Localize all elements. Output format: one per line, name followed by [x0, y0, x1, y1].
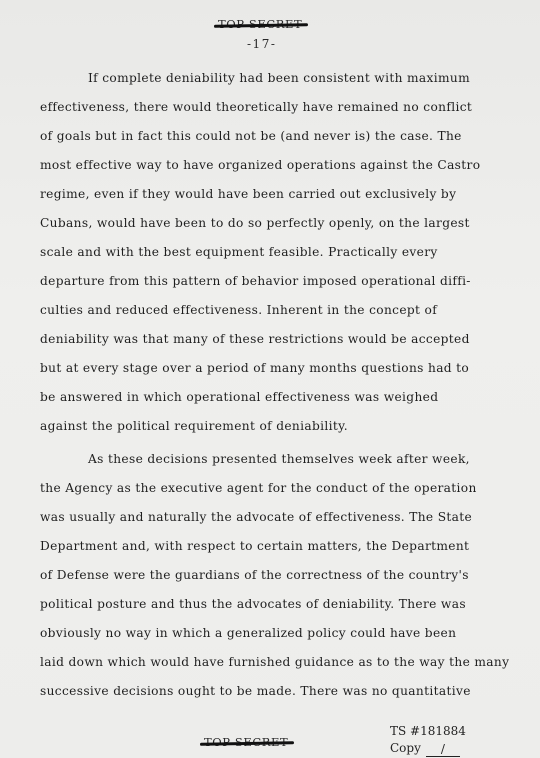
text-line: be answered in which operational effecti…: [40, 385, 510, 414]
body-text: If complete deniability had been consist…: [40, 66, 510, 708]
header-classification-stamp: TOP SECRET: [218, 17, 302, 31]
text-line: departure from this pattern of behavior …: [40, 269, 510, 298]
text-line: against the political requirement of den…: [40, 414, 510, 443]
ts-number: TS #181884: [390, 723, 466, 740]
text-line: regime, even if they would have been car…: [40, 182, 510, 211]
text-line: was usually and naturally the advocate o…: [40, 505, 510, 534]
text-line: most effective way to have organized ope…: [40, 153, 510, 182]
text-line: scale and with the best equipment feasib…: [40, 240, 510, 269]
paragraph-2: As these decisions presented themselves …: [40, 447, 510, 708]
text-line: but at every stage over a period of many…: [40, 356, 510, 385]
text-line: If complete deniability had been consist…: [40, 66, 510, 95]
text-line: Department and, with respect to certain …: [40, 534, 510, 563]
copy-row: Copy /: [390, 740, 466, 757]
text-line: obviously no way in which a generalized …: [40, 621, 510, 650]
text-line: As these decisions presented themselves …: [40, 447, 510, 476]
copy-label: Copy: [390, 740, 421, 757]
text-line: laid down which would have furnished gui…: [40, 650, 510, 679]
footer-classification-stamp: TOP SECRET: [204, 735, 288, 749]
text-line: political posture and thus the advocates…: [40, 592, 510, 621]
copy-number: /: [426, 742, 460, 757]
page-number: -17-: [247, 37, 276, 51]
text-line: deniability was that many of these restr…: [40, 327, 510, 356]
text-line: culties and reduced effectiveness. Inher…: [40, 298, 510, 327]
paragraph-1: If complete deniability had been consist…: [40, 66, 510, 443]
text-line: Cubans, would have been to do so perfect…: [40, 211, 510, 240]
text-line: of Defense were the guardians of the cor…: [40, 563, 510, 592]
text-line: of goals but in fact this could not be (…: [40, 124, 510, 153]
document-control-block: TS #181884 Copy /: [390, 723, 466, 757]
text-line: successive decisions ought to be made. T…: [40, 679, 510, 708]
document-page: TOP SECRET -17- If complete deniability …: [0, 0, 540, 758]
text-line: the Agency as the executive agent for th…: [40, 476, 510, 505]
text-line: effectiveness, there would theoretically…: [40, 95, 510, 124]
